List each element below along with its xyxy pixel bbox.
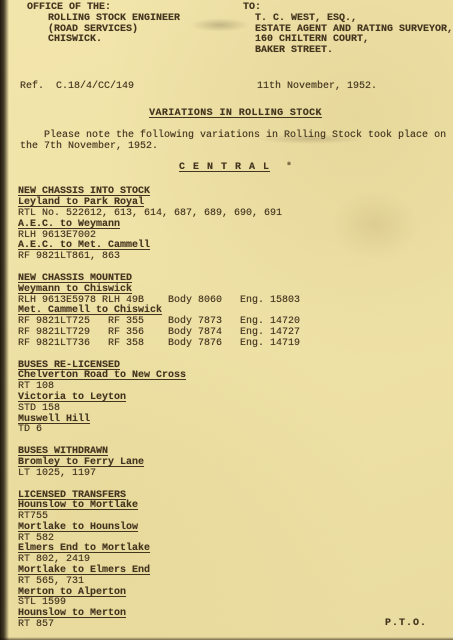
route-line: Chelverton Road to New Cross: [18, 371, 453, 382]
stray-mark: *: [286, 162, 292, 173]
route-line: Victoria to Leyton: [18, 393, 453, 404]
section: BUSES WITHDRAWNBromley to Ferry LaneLT 1…: [18, 447, 453, 479]
route-line: Weymann to Chiswick: [18, 285, 453, 296]
fleet-line: LT 1025, 1197: [18, 469, 453, 480]
route-text: Elmers End to Mortlake: [18, 543, 150, 554]
route-line: Hounslow to Mortlake: [18, 501, 453, 512]
route-text: Met. Cammell to Chiswick: [18, 305, 162, 316]
region-row: C E N T R A L*: [18, 163, 453, 175]
section: NEW CHASSIS INTO STOCKLeyland to Park Ro…: [18, 187, 453, 263]
recipient-line: BAKER STREET.: [255, 46, 453, 57]
section-heading-text: BUSES RE-LICENSED: [18, 360, 120, 371]
route-text: Victoria to Leyton: [18, 392, 126, 403]
recipient-block: TO: T. C. WEST, ESQ., ESTATE AGENT AND R…: [243, 3, 453, 57]
letter-date: 11th November, 1952.: [245, 82, 453, 93]
route-text: Muswell Hill: [18, 414, 90, 425]
scan-edge-left: [0, 0, 9, 640]
office-line: CHISWICK.: [48, 35, 243, 46]
section: BUSES RE-LICENSEDChelverton Road to New …: [18, 361, 453, 437]
reference-row: Ref. C.18/4/CC/149 11th November, 1952.: [18, 82, 453, 93]
route-text: Bromley to Ferry Lane: [18, 457, 144, 468]
route-line: Mortlake to Hounslow: [18, 523, 453, 534]
route-text: A.E.C. to Met. Cammell: [18, 240, 150, 251]
fleet-line: TD 6: [18, 425, 453, 436]
route-text: Weymann to Chiswick: [18, 284, 132, 295]
title-row: VARIATIONS IN ROLLING STOCK: [18, 109, 453, 121]
ref-number: Ref. C.18/4/CC/149: [20, 82, 245, 93]
route-text: A.E.C. to Weymann: [18, 219, 120, 230]
route-text: Mortlake to Hounslow: [18, 522, 138, 533]
sections-list: NEW CHASSIS INTO STOCKLeyland to Park Ro…: [18, 187, 453, 630]
route-text: Mortlake to Elmers End: [18, 565, 150, 576]
section-heading-text: NEW CHASSIS INTO STOCK: [18, 186, 150, 197]
route-line: A.E.C. to Weymann: [18, 220, 453, 231]
intro-line: the 7th November, 1952.: [20, 142, 453, 153]
route-line: Muswell Hill: [18, 415, 453, 426]
document-title: VARIATIONS IN ROLLING STOCK: [149, 108, 322, 119]
intro-paragraph: Please note the following variations in …: [20, 131, 453, 153]
sender-block: OFFICE OF THE: ROLLING STOCK ENGINEER (R…: [18, 3, 243, 57]
route-text: Chelverton Road to New Cross: [18, 370, 186, 381]
office-line: ROLLING STOCK ENGINEER: [48, 14, 243, 25]
intro-line: Please note the following variations in …: [20, 131, 453, 142]
route-text: Hounslow to Merton: [18, 608, 126, 619]
section: LICENSED TRANSFERSHounslow to MortlakeRT…: [18, 491, 453, 631]
route-line: Merton to Alperton: [18, 588, 453, 599]
letter-page: OFFICE OF THE: ROLLING STOCK ENGINEER (R…: [0, 0, 453, 640]
fleet-line: RF 9821LT861, 863: [18, 252, 453, 263]
section-heading-text: LICENSED TRANSFERS: [18, 490, 126, 501]
section-heading-text: BUSES WITHDRAWN: [18, 446, 108, 457]
section: NEW CHASSIS MOUNTEDWeymann to ChiswickRL…: [18, 274, 453, 350]
route-text: Hounslow to Mortlake: [18, 500, 138, 511]
route-text: Leyland to Park Royal: [18, 197, 144, 208]
recipient-line: T. C. WEST, ESQ.,: [255, 14, 453, 25]
section-heading-text: NEW CHASSIS MOUNTED: [18, 273, 132, 284]
fleet-line: RF 9821LT736 RF 358 Body 7876 Eng. 14719: [18, 339, 453, 350]
letter-header: OFFICE OF THE: ROLLING STOCK ENGINEER (R…: [18, 3, 453, 57]
pto-note: P.T.O.: [385, 619, 427, 630]
region-heading: C E N T R A L: [179, 162, 270, 173]
